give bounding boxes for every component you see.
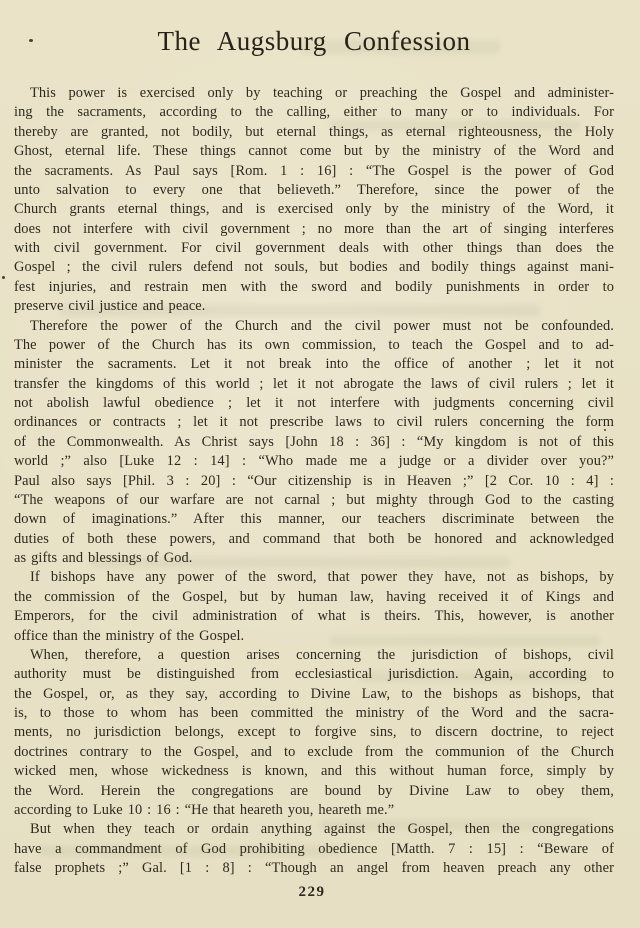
text-line: the sacraments. As Paul says [Rom. 1 : 1… (14, 162, 614, 181)
text-line: The power of the Church has its own comm… (14, 336, 614, 355)
book-page: The Augsburg Confession This power is ex… (0, 0, 640, 928)
text-line: is, to those to whom has been committed … (14, 704, 614, 723)
text-line: Ghost, eternal life. These things cannot… (14, 142, 614, 161)
text-line: of the Commonwealth. As Christ says [Joh… (14, 433, 614, 452)
text-line: ments, no jurisdiction belongs, except t… (14, 723, 614, 742)
text-line: does not interfere with civil government… (14, 220, 614, 239)
text-line: unto salvation to every one that believe… (14, 181, 614, 200)
text-line: false prophets ;” Gal. [1 : 8] : “Though… (14, 859, 614, 878)
text-line: down of imaginations.” After this manner… (14, 510, 614, 529)
page-title: The Augsburg Confession (14, 26, 614, 56)
text-line: fest injuries, and restrain men with the… (14, 278, 614, 297)
text-line: the commission of the Gospel, but by hum… (14, 588, 614, 607)
text-line: If bishops have any power of the sword, … (14, 568, 614, 587)
text-line: the Gospel, or, as they say, according t… (14, 685, 614, 704)
text-line: ing the sacraments, according to the cal… (14, 103, 614, 122)
text-line: have a commandment of God prohibiting ob… (14, 840, 614, 859)
text-line: minister the sacraments. Let it not brea… (14, 355, 614, 374)
text-line: “The weapons of our warfare are not carn… (14, 491, 614, 510)
text-line: Paul also says [Phil. 3 : 20] : “Our cit… (14, 472, 614, 491)
page-number: 229 (14, 884, 610, 901)
text-line: according to Luke 10 : 16 : “He that hea… (14, 801, 614, 820)
text-line: Church grants eternal things, and is exe… (14, 200, 614, 219)
text-line: world ;” also [Luke 12 : 14] : “Who made… (14, 452, 614, 471)
text-line: Emperors, for the civil administration o… (14, 607, 614, 626)
text-line: preserve civil justice and peace. (14, 297, 614, 316)
text-line: thereby are granted, not bodily, but ete… (14, 123, 614, 142)
text-line: with civil government. For civil governm… (14, 239, 614, 258)
text-line: authority must be distinguished from ecc… (14, 665, 614, 684)
text-line: office than the ministry of the Gospel. (14, 627, 614, 646)
ink-speck (2, 276, 5, 279)
text-line: When, therefore, a question arises conce… (14, 646, 614, 665)
text-line: ordinances or contracts ; let it not pre… (14, 413, 614, 432)
body-text: This power is exercised only by teaching… (14, 84, 614, 878)
text-line: Gospel ; the civil rulers defend not sou… (14, 258, 614, 277)
text-line: This power is exercised only by teaching… (14, 84, 614, 103)
text-line: doctrines contrary to the Gospel, and to… (14, 743, 614, 762)
text-line: duties of both these powers, and command… (14, 530, 614, 549)
text-line: not abolish lawful obedience ; let it no… (14, 394, 614, 413)
text-line: the Word. Herein the congregations are b… (14, 782, 614, 801)
text-line: But when they teach or ordain anything a… (14, 820, 614, 839)
text-line: as gifts and blessings of God. (14, 549, 614, 568)
text-line: Therefore the power of the Church and th… (14, 317, 614, 336)
text-line: transfer the kingdoms of this world ; le… (14, 375, 614, 394)
text-line: wicked men, whose wickedness is known, a… (14, 762, 614, 781)
